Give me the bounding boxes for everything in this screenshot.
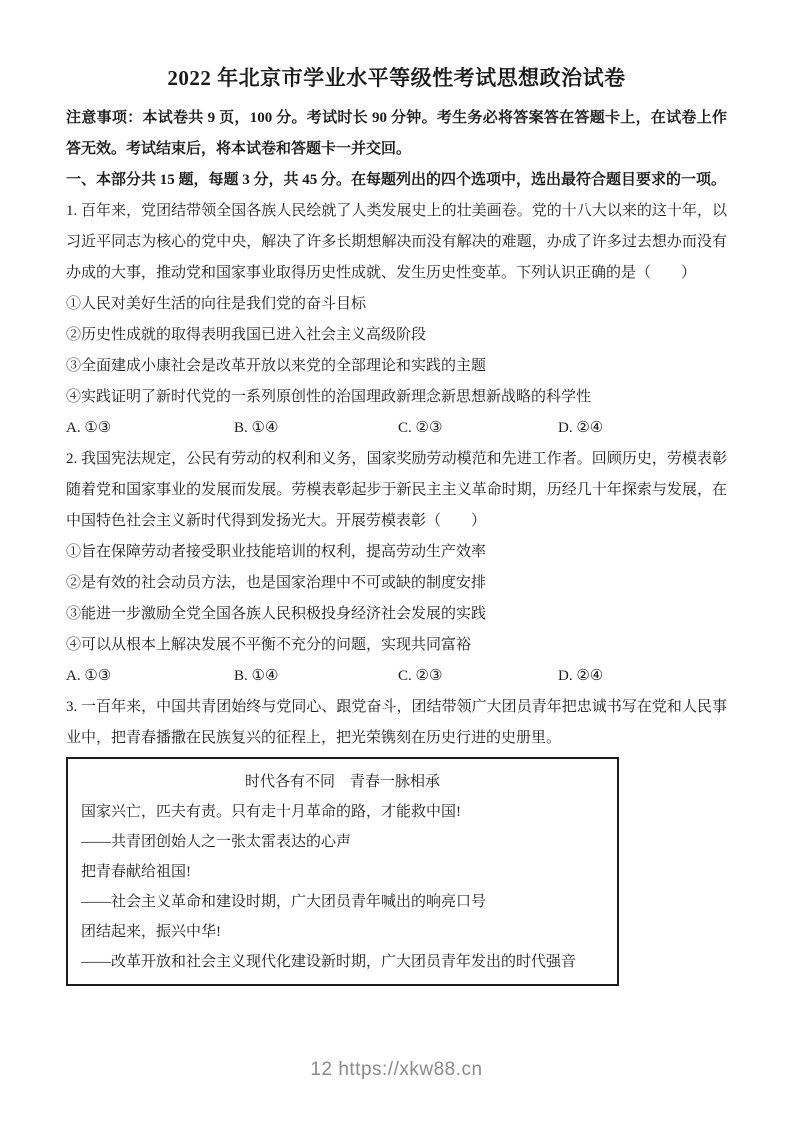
exam-notice: 注意事项：本试卷共 9 页，100 分。考试时长 90 分钟。考生务必将答案答在… bbox=[66, 103, 727, 165]
quote-line-5: 团结起来，振兴中华! bbox=[81, 917, 604, 947]
quote-line-4: ——社会主义革命和建设时期，广大团员青年喊出的响亮口号 bbox=[81, 887, 604, 917]
quote-line-2: ——共青团创始人之一张太雷表达的心声 bbox=[81, 827, 604, 857]
question-2-choice-c: C. ②③ bbox=[398, 661, 558, 692]
question-2-option-1: ①旨在保障劳动者接受职业技能培训的权利，提高劳动生产效率 bbox=[66, 537, 727, 568]
question-1-choice-b: B. ①④ bbox=[234, 413, 398, 444]
question-1: 1. 百年来，党团结带领全国各族人民绘就了人类发展史上的壮美画卷。党的十八大以来… bbox=[66, 196, 727, 444]
exam-paper-page: { "page": { "title": "2022 年北京市学业水平等级性考试… bbox=[0, 0, 793, 1122]
question-2-option-3: ③能进一步激励全党全国各族人民积极投身经济社会发展的实践 bbox=[66, 599, 727, 630]
question-3: 3. 一百年来，中国共青团始终与党同心、跟党奋斗，团结带领广大团员青年把忠诚书写… bbox=[66, 692, 727, 986]
question-1-option-3: ③全面建成小康社会是改革开放以来党的全部理论和实践的主题 bbox=[66, 351, 727, 382]
question-1-choices: A. ①③ B. ①④ C. ②③ D. ②④ bbox=[66, 413, 727, 444]
question-2-choice-d: D. ②④ bbox=[558, 661, 727, 692]
question-3-stem: 3. 一百年来，中国共青团始终与党同心、跟党奋斗，团结带领广大团员青年把忠诚书写… bbox=[66, 692, 727, 754]
question-2-option-4: ④可以从根本上解决发展不平衡不充分的问题，实现共同富裕 bbox=[66, 630, 727, 661]
quote-line-3: 把青春献给祖国! bbox=[81, 857, 604, 887]
question-1-choice-c: C. ②③ bbox=[398, 413, 558, 444]
question-2-option-2: ②是有效的社会动员方法，也是国家治理中不可或缺的制度安排 bbox=[66, 568, 727, 599]
page-title: 2022 年北京市学业水平等级性考试思想政治试卷 bbox=[66, 0, 727, 92]
question-2: 2. 我国宪法规定，公民有劳动的权利和义务，国家奖励劳动模范和先进工作者。回顾历… bbox=[66, 444, 727, 692]
question-1-stem: 1. 百年来，党团结带领全国各族人民绘就了人类发展史上的壮美画卷。党的十八大以来… bbox=[66, 196, 727, 289]
quote-line-6: ——改革开放和社会主义现代化建设新时期，广大团员青年发出的时代强音 bbox=[81, 947, 604, 977]
section-1-heading: 一、本部分共 15 题，每题 3 分，共 45 分。在每题列出的四个选项中，选出… bbox=[66, 165, 727, 196]
question-1-choice-a: A. ①③ bbox=[66, 413, 234, 444]
question-1-choice-d: D. ②④ bbox=[558, 413, 727, 444]
question-1-option-2: ②历史性成就的取得表明我国已进入社会主义高级阶段 bbox=[66, 320, 727, 351]
question-2-stem: 2. 我国宪法规定，公民有劳动的权利和义务，国家奖励劳动模范和先进工作者。回顾历… bbox=[66, 444, 727, 537]
question-1-option-4: ④实践证明了新时代党的一系列原创性的治国理政新理念新思想新战略的科学性 bbox=[66, 382, 727, 413]
quote-box-title: 时代各有不同 青春一脉相承 bbox=[81, 767, 604, 797]
quote-line-1: 国家兴亡，匹夫有责。只有走十月革命的路，才能救中国! bbox=[81, 797, 604, 827]
question-2-choice-b: B. ①④ bbox=[234, 661, 398, 692]
document-content: 2022 年北京市学业水平等级性考试思想政治试卷 注意事项：本试卷共 9 页，1… bbox=[0, 0, 793, 986]
question-2-choices: A. ①③ B. ①④ C. ②③ D. ②④ bbox=[66, 661, 727, 692]
question-2-choice-a: A. ①③ bbox=[66, 661, 234, 692]
page-footer-watermark: 12 https://xkw88.cn bbox=[0, 1059, 793, 1081]
question-3-quote-box: 时代各有不同 青春一脉相承 国家兴亡，匹夫有责。只有走十月革命的路，才能救中国!… bbox=[66, 757, 619, 986]
question-1-option-1: ①人民对美好生活的向往是我们党的奋斗目标 bbox=[66, 289, 727, 320]
